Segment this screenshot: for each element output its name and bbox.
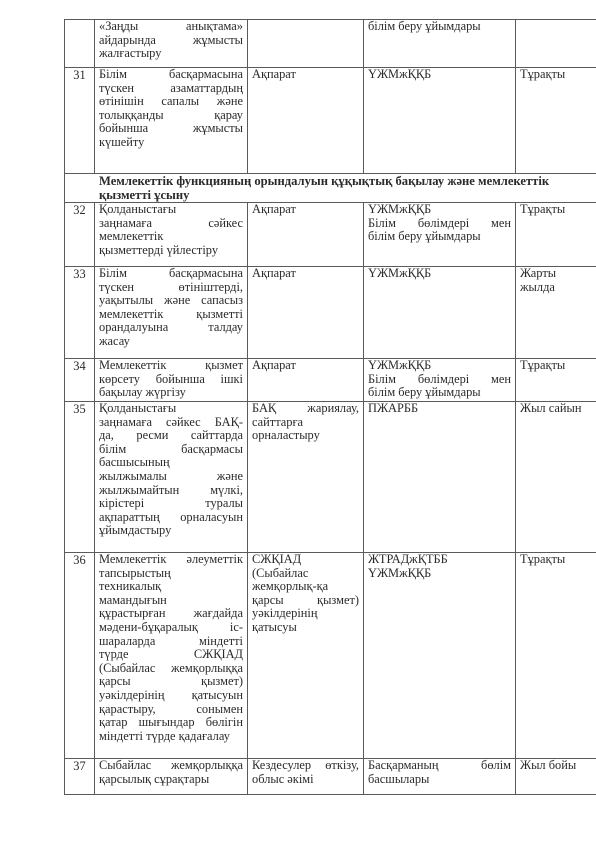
responsible-cell-line: Білім бөлімдері мен	[368, 217, 511, 231]
task-cell-line: жылжымалы және	[99, 470, 243, 484]
task-cell-line: Қолданыстағы	[99, 203, 243, 217]
row-number: 33	[65, 267, 95, 359]
task-cell-line: қарастыру, сонымен	[99, 703, 243, 717]
section-title-line: қызметті ұсыну	[99, 188, 596, 202]
term-cell: Тұрақты	[516, 203, 596, 267]
responsible-cell: ҮЖМжҚҚБ	[364, 267, 516, 359]
task-cell-line: уәкілдерінің қатысуын	[99, 689, 243, 703]
task-cell-line: құрастырған жағдайда	[99, 607, 243, 621]
row-number: 32	[65, 203, 95, 267]
task-cell-line: Мемлекеттік қызмет	[99, 359, 243, 373]
task-cell-line: жалғастыру	[99, 47, 243, 61]
task-cell-line: қатар шығындар бөлігін	[99, 716, 243, 730]
task-cell: Қолданыстағызаңнамаға сәйкесмемлекеттікқ…	[95, 203, 248, 267]
task-cell-line: техникалық	[99, 580, 243, 594]
form-cell-line: қатысуы	[252, 621, 359, 635]
task-cell-line: бойынша жұмысты	[99, 122, 243, 136]
task-cell-line: шараларда міндетті	[99, 635, 243, 649]
task-cell-line: ұйымдастыру	[99, 524, 243, 538]
task-cell-line: орандалуына талдау	[99, 321, 243, 335]
task-cell-line: Қолданыстағы	[99, 402, 243, 416]
task-cell-line: көрсету бойынша ішкі	[99, 373, 243, 387]
row-number: 37	[65, 759, 95, 795]
responsible-cell: ҮЖМжҚҚББілім бөлімдері менбілім беру ұйы…	[364, 359, 516, 402]
term-cell-line: Жарты	[520, 267, 596, 281]
task-cell-line: қарсылық сұрақтары	[99, 773, 243, 787]
task-cell: Мемлекеттік қызметкөрсету бойынша ішкіба…	[95, 359, 248, 402]
term-cell: Жыл сайын	[516, 402, 596, 553]
term-cell-line: Тұрақты	[520, 359, 596, 373]
term-cell-line: Тұрақты	[520, 553, 596, 567]
task-cell-line: қызметтерді үйлестіру	[99, 244, 243, 258]
task-cell: Білім басқармасынатүскен азаматтардыңөті…	[95, 68, 248, 174]
task-cell-line: мемлекеттік	[99, 230, 243, 244]
task-cell-line: Білім басқармасына	[99, 267, 243, 281]
form-cell-line: сайттарға	[252, 416, 359, 430]
form-cell-line: қарсы қызмет)	[252, 594, 359, 608]
table-row: 33Білім басқармасынатүскен өтініштерді,у…	[65, 267, 596, 359]
task-cell: Қолданыстағызаңнамаға сәйкес БАҚ-да, рес…	[95, 402, 248, 553]
task-cell-line: бақылау жүргізу	[99, 386, 243, 400]
task-cell-line: түскен азаматтардың	[99, 82, 243, 96]
responsible-cell-line: ҮЖМжҚҚБ	[368, 567, 511, 581]
responsible-cell-line: ҮЖМжҚҚБ	[368, 203, 511, 217]
form-cell-line: орналастыру	[252, 429, 359, 443]
responsible-cell-line: Білім бөлімдері мен	[368, 373, 511, 387]
responsible-cell: ПЖАРББ	[364, 402, 516, 553]
form-cell: Кездесулер өткізу,облыс әкімі	[248, 759, 364, 795]
form-cell-line: Кездесулер өткізу,	[252, 759, 359, 773]
table-row: 37Сыбайлас жемқорлыққақарсылық сұрақтары…	[65, 759, 596, 795]
task-cell-line: түрде СЖҚІАД	[99, 648, 243, 662]
form-cell: Ақпарат	[248, 359, 364, 402]
responsible-cell-line: Басқарманың бөлім	[368, 759, 511, 773]
form-cell	[248, 20, 364, 68]
task-cell-line: (Сыбайлас жемқорлыққа	[99, 662, 243, 676]
form-cell-line: (Сыбайлас	[252, 567, 359, 581]
task-cell: Сыбайлас жемқорлыққақарсылық сұрақтары	[95, 759, 248, 795]
term-cell-line: Тұрақты	[520, 203, 596, 217]
responsible-cell-line: ПЖАРББ	[368, 402, 511, 416]
task-cell-line: уақытылы және сапасыз	[99, 294, 243, 308]
task-cell-line: «Заңды анықтама»	[99, 20, 243, 34]
document-page: «Заңды анықтама»айдарында жұмыстыжалғаст…	[64, 19, 596, 795]
row-number: 31	[65, 68, 95, 174]
responsible-cell-line: білім беру ұйымдары	[368, 386, 511, 400]
task-cell-line: міндетті түрде қадағалау	[99, 730, 243, 744]
row-number: 36	[65, 553, 95, 759]
form-cell-line: БАҚ жариялау,	[252, 402, 359, 416]
form-cell-line: Ақпарат	[252, 68, 359, 82]
form-cell-line: Ақпарат	[252, 203, 359, 217]
form-cell: Ақпарат	[248, 203, 364, 267]
task-cell-line: мемлекеттік қызметті	[99, 308, 243, 322]
responsible-cell-line: білім беру ұйымдары	[368, 230, 511, 244]
term-cell-line: Жыл бойы	[520, 759, 596, 773]
table-row: 34Мемлекеттік қызметкөрсету бойынша ішкі…	[65, 359, 596, 402]
form-cell-line: уәкілдерінің	[252, 607, 359, 621]
table-row: 35Қолданыстағызаңнамаға сәйкес БАҚ-да, р…	[65, 402, 596, 553]
task-cell-line: тапсырыстың	[99, 567, 243, 581]
row-number: 34	[65, 359, 95, 402]
task-cell-line: білім басқармасы	[99, 443, 243, 457]
table-row: «Заңды анықтама»айдарында жұмыстыжалғаст…	[65, 20, 596, 68]
task-cell-line: да, ресми сайттарда	[99, 429, 243, 443]
responsible-cell-line: білім беру ұйымдары	[368, 20, 511, 34]
task-cell-line: заңнамаға сәйкес	[99, 217, 243, 231]
task-cell: «Заңды анықтама»айдарында жұмыстыжалғаст…	[95, 20, 248, 68]
form-cell-line: Ақпарат	[252, 267, 359, 281]
form-cell-line: Ақпарат	[252, 359, 359, 373]
task-cell-line: өтінішін сапалы және	[99, 95, 243, 109]
task-cell-line: жылжымайтын мүлкі,	[99, 484, 243, 498]
table-row: 36Мемлекеттік әлеуметтіктапсырыстыңтехни…	[65, 553, 596, 759]
section-title-line: Мемлекеттік функцияның орындалуын құқықт…	[99, 174, 596, 188]
table-row: 31Білім басқармасынатүскен азаматтардыңө…	[65, 68, 596, 174]
responsible-cell: Басқарманың бөлімбасшылары	[364, 759, 516, 795]
responsible-cell: білім беру ұйымдары	[364, 20, 516, 68]
table-body-bottom: 32Қолданыстағызаңнамаға сәйкесмемлекетті…	[65, 203, 596, 795]
term-cell-line: Тұрақты	[520, 68, 596, 82]
term-cell: Тұрақты	[516, 553, 596, 759]
task-cell-line: кірістері туралы	[99, 497, 243, 511]
responsible-cell-line: басшылары	[368, 773, 511, 787]
form-cell: СЖҚІАД(Сыбайласжемқорлық-қақарсы қызмет)…	[248, 553, 364, 759]
term-cell: Жыл бойы	[516, 759, 596, 795]
term-cell-line: жылда	[520, 281, 596, 295]
task-cell-line: Мемлекеттік әлеуметтік	[99, 553, 243, 567]
task-cell-line: түскен өтініштерді,	[99, 281, 243, 295]
task-cell-line: мәдени-бұқаралық іс-	[99, 621, 243, 635]
form-cell: БАҚ жариялау,сайттарғаорналастыру	[248, 402, 364, 553]
form-cell-line: жемқорлық-қа	[252, 580, 359, 594]
task-cell-line: айдарында жұмысты	[99, 34, 243, 48]
task-cell-line: ақпараттың орналасуын	[99, 511, 243, 525]
form-cell: Ақпарат	[248, 267, 364, 359]
task-cell-line: Сыбайлас жемқорлыққа	[99, 759, 243, 773]
task-cell-line: Білім басқармасына	[99, 68, 243, 82]
form-cell: Ақпарат	[248, 68, 364, 174]
responsible-cell: ҮЖМжҚҚББілім бөлімдері менбілім беру ұйы…	[364, 203, 516, 267]
task-cell-line: толыққанды қарау	[99, 109, 243, 123]
plan-table: «Заңды анықтама»айдарында жұмыстыжалғаст…	[64, 19, 596, 795]
term-cell: Тұрақты	[516, 68, 596, 174]
term-cell	[516, 20, 596, 68]
term-cell: Тұрақты	[516, 359, 596, 402]
task-cell-line: жасау	[99, 335, 243, 349]
term-cell-line: Жыл сайын	[520, 402, 596, 416]
table-body-top: «Заңды анықтама»айдарында жұмыстыжалғаст…	[65, 20, 596, 174]
row-number	[65, 20, 95, 68]
task-cell-line: күшейту	[99, 136, 243, 150]
task-cell: Мемлекеттік әлеуметтіктапсырыстыңтехника…	[95, 553, 248, 759]
section-row: Мемлекеттік функцияның орындалуын құқықт…	[65, 174, 596, 203]
row-number: 35	[65, 402, 95, 553]
responsible-cell-line: ҮЖМжҚҚБ	[368, 267, 511, 281]
term-cell: Жартыжылда	[516, 267, 596, 359]
section-title: Мемлекеттік функцияның орындалуын құқықт…	[65, 174, 596, 203]
responsible-cell-line: ЖТРАДжҚТББ	[368, 553, 511, 567]
responsible-cell-line: ҮЖМжҚҚБ	[368, 359, 511, 373]
table-section-header: Мемлекеттік функцияның орындалуын құқықт…	[65, 174, 596, 203]
table-row: 32Қолданыстағызаңнамаға сәйкесмемлекетті…	[65, 203, 596, 267]
task-cell-line: заңнамаға сәйкес БАҚ-	[99, 416, 243, 430]
responsible-cell: ҮЖМжҚҚБ	[364, 68, 516, 174]
form-cell-line: СЖҚІАД	[252, 553, 359, 567]
task-cell-line: басшысының	[99, 456, 243, 470]
responsible-cell-line: ҮЖМжҚҚБ	[368, 68, 511, 82]
task-cell: Білім басқармасынатүскен өтініштерді,уақ…	[95, 267, 248, 359]
task-cell-line: мамандығын	[99, 594, 243, 608]
task-cell-line: қарсы қызмет)	[99, 675, 243, 689]
form-cell-line: облыс әкімі	[252, 773, 359, 787]
responsible-cell: ЖТРАДжҚТББҮЖМжҚҚБ	[364, 553, 516, 759]
